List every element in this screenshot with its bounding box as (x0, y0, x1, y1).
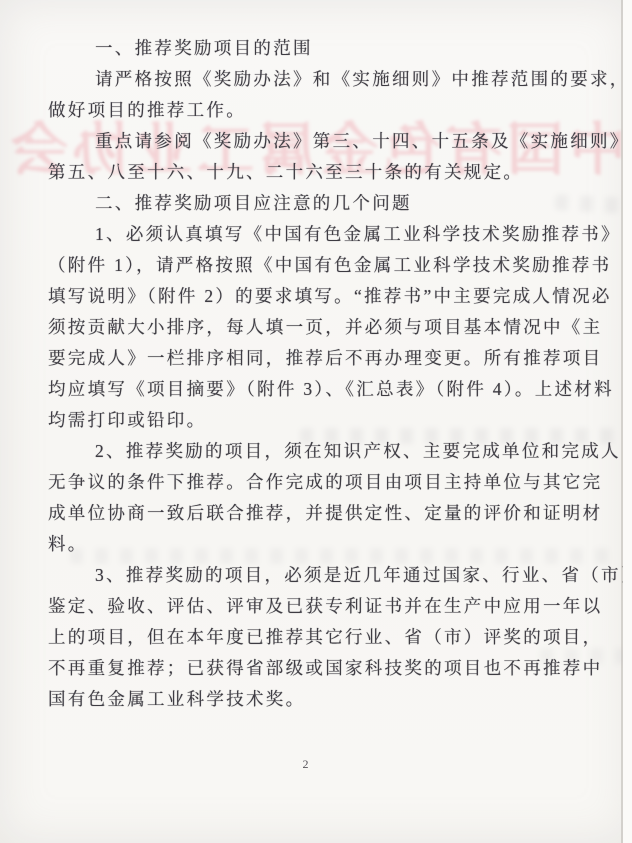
document-line: 2、推荐奖励的项目，须在知识产权、主要完成单位和完成人 (48, 436, 600, 467)
document-line: 国有色金属工业科学技术奖。 (48, 684, 600, 715)
document-line: 1、必须认真填写《中国有色金属工业科学技术奖励推荐书》 (48, 219, 600, 250)
document-line: 填写说明》（附件 2）的要求填写。“推荐书”中主要完成人情况必 (48, 281, 600, 312)
section-heading-2: 二、推荐奖励项目应注意的几个问题 (48, 188, 600, 219)
document-line: 要完成人》一栏排序相同，推荐后不再办理变更。所有推荐项目 (48, 343, 600, 374)
document-line: 须按贡献大小排序，每人填一页，并必须与项目基本情况中《主 (48, 312, 600, 343)
document-line: 不再重复推荐；已获得省部级或国家科技奖的项目也不再推荐中 (48, 653, 600, 684)
document-line: 3、推荐奖励的项目，必须是近几年通过国家、行业、省（市） (48, 560, 600, 591)
document-line: 第五、八至十六、十九、二十六至三十条的有关规定。 (48, 157, 600, 188)
document-line: 做好项目的推荐工作。 (48, 95, 600, 126)
scanned-document-page: 中国有色金属工业协会 一、推荐奖励项目的范围 请严格按照《奖励办法》和《实施细则… (0, 0, 632, 843)
document-line: 无争议的条件下推荐。合作完成的项目由项目主持单位与其它完 (48, 467, 600, 498)
scan-edge-strip (623, 0, 632, 843)
document-line: 鉴定、验收、评估、评审及已获专利证书并在生产中应用一年以 (48, 591, 600, 622)
document-body: 一、推荐奖励项目的范围 请严格按照《奖励办法》和《实施细则》中推荐范围的要求， … (48, 33, 600, 715)
page-number: 2 (0, 757, 612, 772)
document-line: 上的项目，但在本年度已推荐其它行业、省（市）评奖的项目， (48, 622, 600, 653)
document-line: 重点请参阅《奖励办法》第三、十四、十五条及《实施细则》 (48, 126, 600, 157)
section-heading-1: 一、推荐奖励项目的范围 (48, 33, 600, 64)
document-line: （附件 1），请严格按照《中国有色金属工业科学技术奖励推荐书 (48, 250, 600, 281)
document-line: 料。 (48, 529, 600, 560)
document-line: 均应填写《项目摘要》（附件 3）、《汇总表》（附件 4）。上述材料 (48, 374, 600, 405)
document-line: 成单位协商一致后联合推荐，并提供定性、定量的评价和证明材 (48, 498, 600, 529)
document-line: 均需打印或铅印。 (48, 405, 600, 436)
document-line: 请严格按照《奖励办法》和《实施细则》中推荐范围的要求， (48, 64, 600, 95)
